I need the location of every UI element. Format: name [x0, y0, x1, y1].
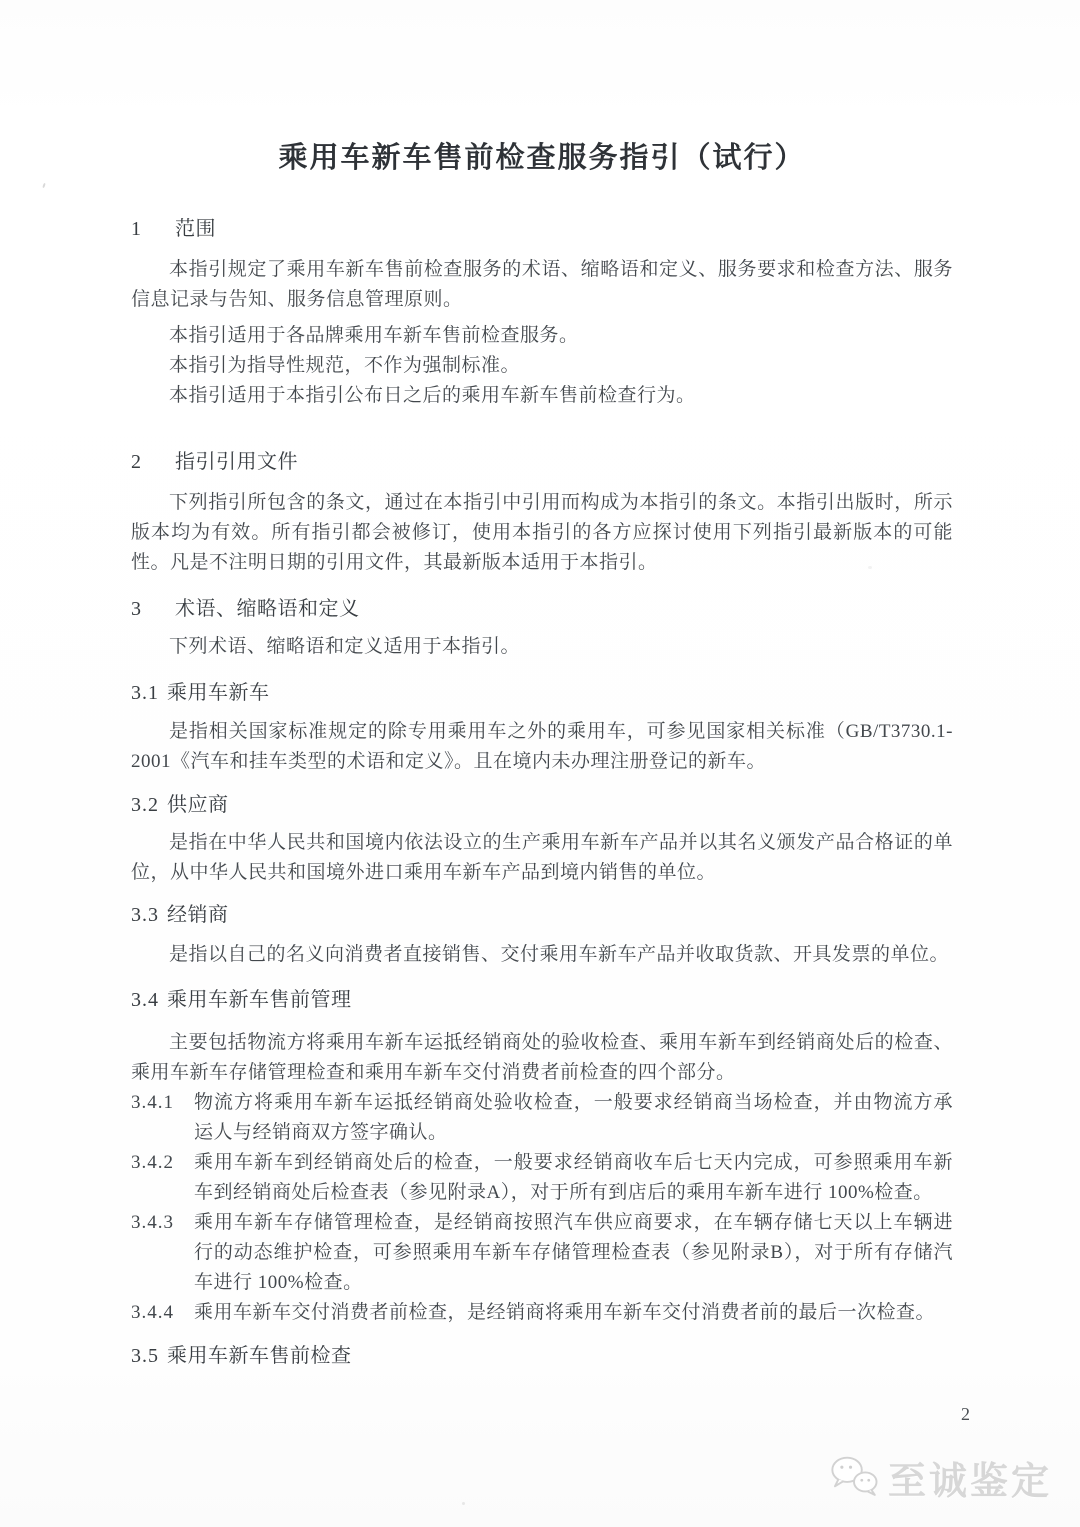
section-3-1-heading: 3.1 乘用车新车	[131, 678, 953, 708]
section-title: 乘用车新车售前检查	[167, 1341, 352, 1371]
section-number: 2	[131, 447, 175, 477]
scan-speck	[42, 183, 46, 188]
section-1-heading: 1 范围	[131, 214, 953, 244]
list-item-3-4-2: 3.4.2 乘用车新车到经销商处后的检查，一般要求经销商收车后七天内完成，可参照…	[131, 1148, 953, 1208]
list-item-number: 3.4.4	[131, 1298, 194, 1328]
section-number: 3.2	[131, 790, 159, 820]
section-3-4-heading: 3.4 乘用车新车售前管理	[131, 985, 953, 1015]
section-3-5-heading: 3.5 乘用车新车售前检查	[131, 1341, 953, 1371]
section-title: 范围	[175, 214, 216, 244]
list-item-3-4-4: 3.4.4 乘用车新车交付消费者前检查，是经销商将乘用车新车交付消费者前的最后一…	[131, 1298, 953, 1328]
watermark: 至诚鉴定	[828, 1450, 1052, 1505]
watermark-text: 至诚鉴定	[888, 1450, 1052, 1505]
page-number: 2	[961, 1404, 970, 1425]
section-3-4-paragraph: 主要包括物流方将乘用车新车运抵经销商处的验收检查、乘用车新车到经销商处后的检查、…	[131, 1028, 953, 1088]
section-2-paragraph: 下列指引所包含的条文，通过在本指引中引用而构成为本指引的条文。本指引出版时，所示…	[131, 488, 953, 578]
section-number: 3.1	[131, 678, 159, 708]
section-title: 供应商	[167, 790, 229, 820]
section-3-heading: 3 术语、缩略语和定义	[131, 594, 953, 624]
list-item-number: 3.4.1	[131, 1088, 194, 1148]
section-number: 3.5	[131, 1341, 159, 1371]
section-number: 3.4	[131, 985, 159, 1015]
section-1-paragraph: 本指引适用于本指引公布日之后的乘用车新车售前检查行为。	[131, 381, 953, 411]
list-item-text: 物流方将乘用车新车运抵经销商处验收检查，一般要求经销商当场检查，并由物流方承运人…	[194, 1088, 953, 1148]
list-item-number: 3.4.3	[131, 1208, 194, 1298]
section-1-paragraph: 本指引规定了乘用车新车售前检查服务的术语、缩略语和定义、服务要求和检查方法、服务…	[131, 255, 953, 315]
scan-speck	[462, 1502, 465, 1505]
document-content: 乘用车新车售前检查服务指引（试行） 1 范围 本指引规定了乘用车新车售前检查服务…	[131, 0, 953, 1371]
list-item-text: 乘用车新车到经销商处后的检查，一般要求经销商收车后七天内完成，可参照乘用车新车到…	[194, 1148, 953, 1208]
section-3-2-paragraph: 是指在中华人民共和国境内依法设立的生产乘用车新车产品并以其名义颁发产品合格证的单…	[131, 828, 953, 888]
list-item-number: 3.4.2	[131, 1148, 194, 1208]
document-title: 乘用车新车售前检查服务指引（试行）	[131, 136, 953, 180]
list-item-3-4-3: 3.4.3 乘用车新车存储管理检查，是经销商按照汽车供应商要求，在车辆存储七天以…	[131, 1208, 953, 1298]
section-3-3-heading: 3.3 经销商	[131, 900, 953, 930]
wechat-icon	[828, 1453, 880, 1502]
section-title: 指引引用文件	[175, 447, 298, 477]
section-title: 乘用车新车	[167, 678, 270, 708]
section-3-paragraph: 下列术语、缩略语和定义适用于本指引。	[131, 632, 953, 662]
section-2-heading: 2 指引引用文件	[131, 447, 953, 477]
section-1-paragraph: 本指引为指导性规范，不作为强制标准。	[131, 351, 953, 381]
section-number: 3	[131, 594, 175, 624]
list-item-text: 乘用车新车存储管理检查，是经销商按照汽车供应商要求，在车辆存储七天以上车辆进行的…	[194, 1208, 953, 1298]
section-number: 3.3	[131, 900, 159, 930]
list-item-text: 乘用车新车交付消费者前检查，是经销商将乘用车新车交付消费者前的最后一次检查。	[194, 1298, 953, 1328]
section-1-paragraph: 本指引适用于各品牌乘用车新车售前检查服务。	[131, 321, 953, 351]
document-page: 乘用车新车售前检查服务指引（试行） 1 范围 本指引规定了乘用车新车售前检查服务…	[0, 0, 1080, 1527]
section-3-2-heading: 3.2 供应商	[131, 790, 953, 820]
section-title: 术语、缩略语和定义	[175, 594, 360, 624]
section-title: 乘用车新车售前管理	[167, 985, 352, 1015]
section-3-1-paragraph: 是指相关国家标准规定的除专用乘用车之外的乘用车，可参见国家相关标准（GB/T37…	[131, 717, 953, 777]
section-3-3-paragraph: 是指以自己的名义向消费者直接销售、交付乘用车新车产品并收取货款、开具发票的单位。	[131, 940, 953, 970]
section-title: 经销商	[167, 900, 229, 930]
list-item-3-4-1: 3.4.1 物流方将乘用车新车运抵经销商处验收检查，一般要求经销商当场检查，并由…	[131, 1088, 953, 1148]
section-number: 1	[131, 214, 175, 244]
